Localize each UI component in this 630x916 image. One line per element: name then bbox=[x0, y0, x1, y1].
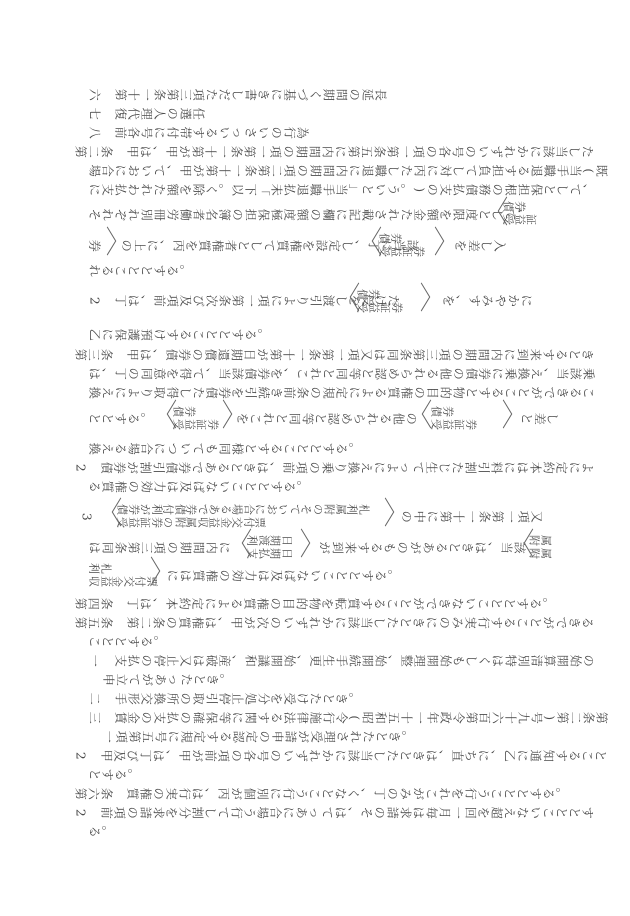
ruby-stack: 債券受益証券 bbox=[430, 405, 476, 431]
close-angle-bracket: 〉 bbox=[384, 500, 406, 531]
text-line: と差し bbox=[520, 412, 559, 426]
text-line: 第五条 第二条の質権は、甲が次のいずれかに該当したときにのみ実行することができる bbox=[74, 616, 594, 630]
text-line: 2 前項の請求を分割して行う場合にあっては、その請求は毎月一回を超えないこととす bbox=[74, 806, 594, 820]
ruby-stack: 利渡期日支払期日 bbox=[246, 534, 292, 560]
ruby-top: 債券 bbox=[430, 405, 476, 418]
text-line: 一項第五号に規定する認定の申請が受理されたとき。 bbox=[102, 730, 414, 744]
text-line: とする。 bbox=[88, 768, 140, 782]
ruby-bottom: 受益証券 bbox=[430, 418, 476, 431]
ruby-top: 債券 bbox=[356, 288, 402, 301]
open-angle-bracket: 〈 bbox=[512, 531, 534, 562]
open-angle-bracket: 〈 bbox=[410, 402, 432, 433]
text-line: 二 手形交換所の取引停止処分を受けたとき。 bbox=[88, 692, 361, 706]
text-line: 2 債券が割引債券であるときは、前項の乗り換えによって生じた割引料には本約定によ bbox=[74, 461, 594, 475]
close-angle-bracket: 〉 bbox=[150, 559, 172, 590]
text-line: の中に第十一条第一項又 bbox=[400, 510, 543, 524]
text-line: を、すみやかに bbox=[442, 294, 533, 308]
ruby-top: 利札 bbox=[88, 562, 157, 575]
open-angle-bracket: 〈 bbox=[155, 402, 177, 433]
ruby-bottom: 受益証券 bbox=[356, 301, 402, 314]
text-line: る質権の効力は及ばないこととする。 bbox=[88, 480, 309, 494]
text-line: 場合において、甲が第十一条第二項の期間内に退職した丙に対して負担する退職手当(既 bbox=[88, 164, 608, 178]
text-line: こととする。 bbox=[88, 635, 166, 649]
ruby-top: 債券 bbox=[378, 232, 424, 245]
text-line: 六 第十一条第三項ただし書きに基づく期間の延長 bbox=[88, 88, 387, 102]
text-line: は、丁の同意を得て、当該債券を、これと同等と認められる他の債券に乗換え、当該乗 bbox=[88, 367, 595, 381]
text-line: 第二条 甲は、甲が第十一条第一項の期間内に第五条第一項の各号のいずれかに該当した bbox=[74, 145, 594, 159]
open-angle-bracket: 〈 bbox=[360, 229, 382, 260]
ruby-stack: 債券が利付債券である場合においてその附属利札受益証券の附属収益金交付票 bbox=[116, 503, 369, 529]
text-line: に支払われた額を除く。以下「未払退職手当」という。)の支払債務の根担保として、 bbox=[88, 183, 595, 197]
ruby-stack: 利札収益金交付票 bbox=[88, 562, 157, 588]
open-angle-bracket: 〈 bbox=[230, 531, 252, 562]
ruby-bottom: 受益証券 bbox=[378, 245, 424, 258]
text-line: 換える場合についても同様とすることとする。 bbox=[88, 442, 361, 456]
text-line: 八 前各号に付帯するいっさいの行為 bbox=[88, 126, 309, 140]
text-line: 申立てがあったとき。 bbox=[102, 673, 232, 687]
text-line: が到来するものがあるときは、当該 bbox=[318, 541, 526, 555]
close-angle-bracket: 〉 bbox=[106, 229, 128, 260]
text-line: は同条第三項の期間内に bbox=[88, 541, 231, 555]
ruby-bottom: 支払期日 bbox=[246, 547, 292, 560]
text-line: る。 bbox=[88, 825, 114, 839]
close-angle-bracket: 〉 bbox=[420, 285, 442, 316]
ruby-top: 利渡期日 bbox=[246, 534, 292, 547]
text-line: 一 支払の停止又は破産、和議開始、更生手続開始、整理開始もしくは特別清算開始の bbox=[88, 654, 595, 668]
text-line: それぞれ別冊労働者名簿の担保極度額の欄に記載された金額を限度として、 bbox=[88, 208, 530, 222]
close-angle-bracket: 〉 bbox=[222, 402, 244, 433]
ruby-stack: 債券受益証券 bbox=[172, 405, 218, 431]
ruby-bottom: 収益金交付票 bbox=[88, 575, 157, 588]
text-line: 第三条 甲は、債券の償還期日が第十一条第一項又は同条第三項の期間内に到来するとき bbox=[74, 348, 594, 362]
text-line: 三 賃金の支払の確保等に関する法律施行令(昭和五十一年政令第百六十九号)第二条第 bbox=[88, 711, 608, 725]
text-line: 第四条 丁は、本約定による質権の目的物を転質することができないこととする。 bbox=[74, 597, 555, 611]
text-line: を差し入 bbox=[454, 239, 506, 253]
close-angle-bracket: 〉 bbox=[434, 229, 456, 260]
open-angle-bracket: 〈 bbox=[100, 500, 122, 531]
ruby-top: 債券 bbox=[172, 405, 218, 418]
text-line: れることとする。 bbox=[88, 264, 192, 278]
text-line: をこれと同等と認められる他の bbox=[236, 412, 418, 426]
close-angle-bracket: 〉 bbox=[300, 531, 322, 562]
ruby-bottom: 受益証券 bbox=[172, 418, 218, 431]
ruby-top: 債券が利付債券である場合においてその附属利札 bbox=[116, 503, 369, 516]
text-line: ととする。 bbox=[88, 412, 153, 426]
ruby-stack: 債券受益証券 bbox=[356, 288, 402, 314]
text-line: 3 bbox=[80, 510, 93, 524]
document-page: 六 第十一条第三項ただし書きに基づく期間の延長七 復代理人の選任八 前各号に付帯… bbox=[0, 0, 630, 916]
text-line: 七 復代理人の選任 bbox=[88, 107, 205, 121]
text-line: 第六条 質権の実行は、丙が個別に行うことなく、丁のみがこれを行うこととする。 bbox=[74, 787, 568, 801]
ruby-stack: 債券受益証券 bbox=[378, 232, 424, 258]
text-line: 乙に保護預けすることとする。 bbox=[88, 328, 270, 342]
text-line: には質権の効力は及ばないこととする。 bbox=[166, 569, 400, 583]
text-line: 2 甲及び丁は、甲が前項の各号のいずれかに該当したときは、直ちに、乙に通知するこ… bbox=[74, 749, 607, 763]
close-angle-bracket: 〉 bbox=[502, 402, 524, 433]
open-angle-bracket: 〈 bbox=[338, 285, 360, 316]
open-angle-bracket: 〈 bbox=[486, 199, 508, 230]
text-line: 券 bbox=[88, 239, 101, 253]
